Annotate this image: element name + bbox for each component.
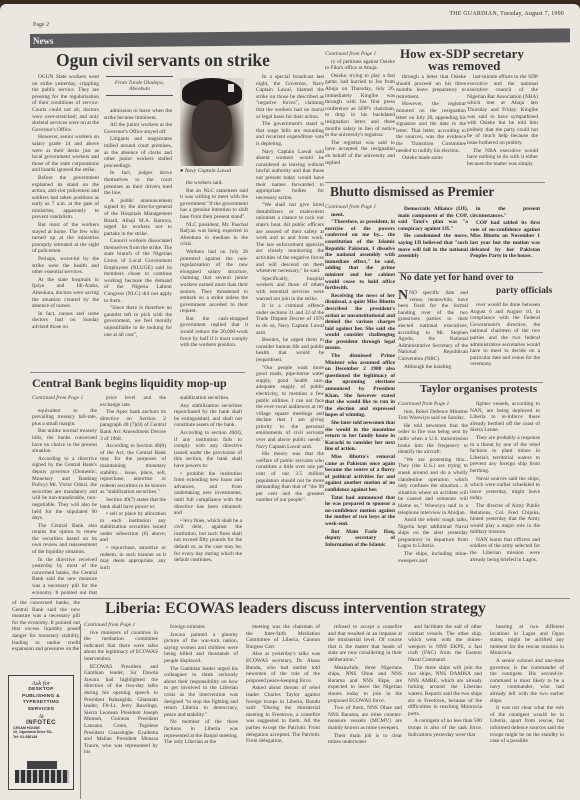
bhutto-column-3: in the present circumstances." COP had t… (470, 206, 540, 272)
paragraph: The dismissed Prime Minister who assumed… (325, 353, 395, 419)
paragraph: "We shall not give hired destabilizers o… (256, 202, 324, 275)
continued-label: Continued from Page 1 (84, 622, 158, 629)
drop-cap: N (398, 290, 409, 301)
paragraph: ry of petitions against Osieke to Fika's… (325, 59, 395, 72)
paragraph: However, the registrar minuted on the re… (396, 101, 466, 154)
dateline: THE GUARDIAN, Tuesday, August 7, 1990 (449, 11, 564, 17)
paragraph: But unlike normal treasury bills, the ba… (32, 428, 97, 454)
liberia-column-4: refused to accept a ceasefire and that r… (328, 624, 402, 800)
paragraph: Receiving the news of her dismissal, a q… (325, 293, 395, 352)
paragraph: Asked about threats of rebel leader Char… (246, 685, 320, 744)
paragraph: The Central Bank also retains the option… (32, 523, 97, 556)
paragraph: The Apex bank anchors its directive on S… (100, 409, 166, 442)
paragraph: and facilitate the sail of other combat … (408, 624, 482, 664)
section-label: News (33, 36, 54, 46)
headline-central-bank: Central Bank begins liquidity mop-up (32, 377, 227, 389)
paragraph: According to Section 40(6) of the Act, t… (100, 443, 166, 496)
headline-taylor: Taylor organises protests (420, 384, 537, 395)
paragraph: "Our people want more good roads, pipe-b… (256, 365, 324, 451)
paragraph: Their main job is to clear mines underwa… (328, 733, 402, 746)
newspaper-page: Page 2 THE GUARDIAN, Tuesday, August 7, … (0, 4, 580, 800)
paragraph: NNO specific date and venue, meanwhile, … (398, 290, 468, 363)
bhutto-column-1: Continued from Page 1 ment. "Therefore, … (325, 204, 395, 594)
paragraph: A public announcement signed by the dire… (104, 198, 172, 238)
paragraph: The registrar was said to have accepted … (325, 140, 395, 166)
photo-caption: ● Navy Captain Lawal (180, 168, 231, 174)
paragraph: He told newsmen that the order to fire w… (398, 423, 468, 456)
paragraph: All the junior workers at the Governor's… (104, 122, 172, 135)
paragraph: fighter vessels, according to NAN, are b… (470, 401, 540, 434)
paragraph: • prohibit the institution from extendin… (174, 471, 242, 517)
paragraph: In fact, nurses and some doctors had on … (32, 311, 99, 331)
paragraph: Navy Captain Lawal said absent workers w… (256, 149, 324, 202)
paragraph: Section 40(7) states that the bank shall… (100, 497, 166, 510)
liberia-column-3: meeting was the chairman of the Inter-fa… (246, 624, 320, 800)
paragraph: The director of Army Public Relations, C… (470, 503, 540, 536)
headline-liberia: Liberia: ECOWAS leaders discuss interven… (105, 601, 486, 617)
divider (398, 382, 543, 383)
handover-column-1: NNO specific date and venue, meanwhile, … (398, 290, 468, 380)
paragraph: Workers had on July 28 protested against… (180, 249, 248, 315)
paragraph: Also at yesterday's talks was ECOWAS sec… (246, 651, 320, 684)
paragraph: In the directive received yesterday by m… (32, 557, 97, 595)
paragraph: • sell or place by allocation to each in… (100, 511, 166, 544)
paragraph: But Main Fazle Haq, deputy secretary of … (325, 529, 395, 549)
paragraph: Although the handing (398, 364, 468, 371)
paragraph: Jawara painted a gloomy picture of the w… (164, 632, 238, 665)
page-number: Page 2 (33, 22, 49, 28)
paragraph: But most of the workers stayed at home. … (32, 222, 99, 255)
paragraph: Miss Bhutto's removal came as Pakistan o… (325, 454, 395, 494)
divider (325, 182, 545, 183)
paragraph: Two of them, NNS Ohue and NNS Barama, ar… (328, 705, 402, 731)
headline-ogun: Ogun civil servants on strike (56, 52, 270, 70)
sdp-column-2: through a letter that Osieke should proc… (396, 74, 466, 196)
paragraph: The Gambian leader urged his colleagues … (164, 666, 238, 719)
paragraph: NAN learnt that officers and soldiers of… (470, 537, 540, 563)
taylor-column-2: fighter vessels, according to NAN, are b… (470, 401, 540, 595)
paragraph: A contigent of no less than 500 troops i… (408, 718, 482, 738)
paragraph: In fact, judges drove themselves to the … (104, 170, 172, 196)
badge (228, 84, 234, 92)
paragraph: His theory was that the welfare of publi… (256, 451, 324, 504)
paragraph: Meanwhile, three Nigerians ships, NNS Oh… (328, 665, 402, 705)
paragraph: equivalent to the prevailing treasury bi… (32, 408, 97, 428)
taylor-column-1: Continued from Page 1 tion, Rebel Defenc… (398, 401, 468, 595)
paragraph: Osieke, trying to play a fast game, had … (325, 73, 395, 139)
ogun-column-2: admission to leave when the strike becam… (104, 108, 172, 370)
paragraph: They are probably a response to a threat… (470, 435, 540, 475)
paragraph: stabilization securities. (174, 395, 242, 402)
headline-sdp-line2: was removed (428, 59, 500, 72)
paragraph: • levy fines, which shall be a civil deb… (174, 518, 242, 564)
paragraph: • repurchase, amortize or redeem, in suc… (100, 545, 166, 571)
paragraph: Litigants and magistrates milled around … (104, 136, 172, 169)
divider (30, 372, 245, 373)
divider (398, 272, 543, 273)
paragraph: Specifically, hospital workers and those… (256, 276, 324, 302)
cbn-continuation: of the concerned banks, the Central Bank… (12, 600, 80, 666)
paragraph: According to a directive signed by the C… (32, 456, 97, 522)
paragraph: ECOWAS President and Gambian leader, Sir… (84, 664, 158, 756)
advert-infotec: Ask for DESKTOP PUBLISHING & TYPESETTING… (8, 675, 74, 790)
ad-text: SERVICES (9, 707, 73, 714)
paragraph: in the present circumstances." (470, 206, 540, 219)
headline-handover-line2: party officials (496, 287, 552, 297)
headline-handover-line1: No date yet for hand over to (400, 274, 514, 284)
paragraph: refused to accept a ceasefire and that r… (328, 624, 402, 664)
byline: From Tunde Oladepo, Abeokuta (106, 76, 173, 96)
paragraph: admission to leave when the strike becam… (104, 108, 172, 121)
continued-label: Continued from Page 1 (325, 204, 395, 211)
paragraph: A senior colonel and one-time governor, … (490, 658, 564, 704)
paragraph: bearing at two different locations in La… (490, 624, 564, 657)
paragraph: "Since there is therefore no gauntlet le… (104, 305, 172, 338)
paragraph: Osieke made some (396, 155, 466, 162)
computer-icon (15, 761, 69, 783)
paragraph: It is a criminal offence under sections … (256, 303, 324, 336)
paragraph: The NBA executive would have nothing to … (467, 148, 538, 168)
paragraph: OGUN State workers went on strike yester… (32, 74, 99, 133)
paragraph: The ships, including mine-sweepers and (398, 551, 468, 564)
ogun-column-4: In a special broadcast last night, the G… (256, 74, 324, 594)
liberia-column-1: Continued from Page 1 tive ministers of … (84, 622, 158, 800)
paragraph: last-minute efforts to the SDP executive… (467, 74, 538, 147)
ad-text: Ask for (9, 680, 73, 687)
ad-phone: Tel: 01-836148 (9, 735, 73, 739)
paragraph: He condemned the move, saying IJI believ… (398, 233, 468, 259)
paragraph: However, senior workers on salary grade … (32, 134, 99, 174)
paragraph: The government's stand is that wage bill… (256, 121, 324, 147)
paragraph: tion, Rebel Defence Minister Tom Woewiyu… (398, 409, 468, 422)
paragraph: Naval sources said the ships, which were… (470, 476, 540, 502)
paragraph: The three ships will join the two ships,… (408, 665, 482, 718)
paragraph: But the cash-strapped government replied… (180, 316, 248, 349)
liberia-column-2: foreign minister. Jawara painted a gloom… (164, 624, 238, 800)
continued-label: Continued from Page 1 (32, 395, 97, 402)
paragraph: It was not clear what the role of the co… (490, 705, 564, 745)
paragraph: Any stabilization securities repurchased… (174, 403, 242, 429)
photo-navy-captain-lawal (180, 78, 244, 166)
headline-bhutto: Bhutto dismissed as Premier (330, 185, 494, 199)
continued-label: Continued from Page 1 (325, 51, 395, 58)
paragraph: ment. (325, 212, 395, 219)
paragraph: "We are protesting this... They (the U.S… (398, 457, 468, 516)
sdp-column-3: last-minute efforts to the SDP executive… (467, 74, 538, 196)
divider (30, 598, 570, 599)
caption-text: Navy Captain Lawal (185, 168, 231, 174)
cbn-column-1: Continued from Page 1 equivalent to the … (32, 395, 97, 595)
paragraph: Democratic Alliance (IJI), main componen… (398, 206, 468, 232)
paragraph: through a letter that Osieke should proc… (396, 74, 466, 100)
paragraph: According to section 40(8), if any insti… (174, 430, 242, 470)
paragraph: Perhaps, worst-hit by the strike were th… (32, 256, 99, 276)
paragraph: In a special broadcast last night, the G… (256, 74, 324, 120)
face (192, 100, 232, 152)
liberia-column-5: and facilitate the sail of other combat … (408, 624, 482, 800)
column-rule (80, 624, 81, 799)
bhutto-column-2: Democratic Alliance (IJI), main componen… (398, 206, 468, 272)
paragraph: No member of the three factions in Liber… (164, 719, 238, 745)
paragraph: "Therefore, as president, in exercise of… (325, 219, 395, 292)
paragraph: of the concerned banks, the Central Bank… (12, 600, 80, 653)
continued-label: Continued from Page 1 (398, 401, 468, 408)
cbn-column-2: price level and the exchange rate. The A… (100, 395, 166, 595)
cbn-column-3: stabilization securities. Any stabilizat… (174, 395, 242, 595)
liberia-column-6: bearing at two different locations in La… (490, 624, 564, 800)
paragraph: Before the government explained its stan… (32, 175, 99, 221)
paragraph: Besides, he urged them to consider human… (256, 337, 324, 363)
paragraph: meeting was the chairman of the Inter-fa… (246, 624, 320, 650)
paragraph: NLC president, Mr. Paschal Bafyau was be… (180, 222, 248, 248)
paragraph: COP had tabled its first vote of no-conf… (470, 220, 540, 260)
paragraph: foreign minister. (164, 624, 238, 631)
paragraph: But an NLC statement said it was willing… (180, 188, 248, 221)
paragraph: tive ministers of countries in the media… (84, 630, 158, 663)
paragraph: Council workers dissociated themselves f… (104, 238, 172, 304)
paragraph: over would be done between August 6 and … (470, 302, 540, 368)
paragraph: She later told newsmen that she would in… (325, 420, 395, 453)
handover-column-2: over would be done between August 6 and … (470, 302, 540, 380)
paragraph: At the state hospitals in Ijaiye and Idi… (32, 277, 99, 310)
ogun-column-3: the workers said. But an NLC statement s… (180, 180, 248, 370)
sdp-column-1: Continued from Page 1 ry of petitions ag… (325, 51, 395, 199)
paragraph: Amid the rebels' tough talks, Nigeria ke… (398, 517, 468, 550)
ogun-column-1: OGUN State workers went on strike yester… (32, 74, 99, 370)
paragraph: the workers said. (180, 180, 248, 187)
paragraph: price level and the exchange rate. (100, 395, 166, 408)
paragraph: Tatoi had announced that he was prepared… (325, 495, 395, 528)
